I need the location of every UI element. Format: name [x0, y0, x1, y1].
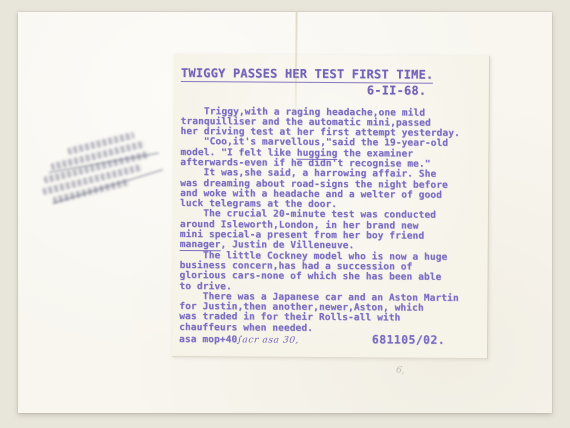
- pencil-mark: 6,: [395, 365, 405, 376]
- caption-credit-line: asa mop+40 ∫acr asa 30, 681105/02.: [179, 333, 487, 348]
- photo-back-card: TWIGGY PASSES HER TEST FIRST TIME. 6-II-…: [18, 12, 552, 413]
- caption-title: TWIGGY PASSES HER TEST FIRST TIME.: [181, 66, 434, 83]
- caption-body: Triggy,with a raging headache,one mildtr…: [179, 106, 489, 335]
- negative-number: 681105/02.: [372, 334, 445, 345]
- scanned-photo-back: TWIGGY PASSES HER TEST FIRST TIME. 6-II-…: [0, 0, 570, 428]
- smudged-stamp: [34, 126, 176, 234]
- caption-date: 6-II-68.: [181, 81, 489, 97]
- caption-slip: TWIGGY PASSES HER TEST FIRST TIME. 6-II-…: [172, 54, 490, 359]
- credit-typed: asa mop+40: [179, 335, 237, 346]
- handwritten-annotation: ∫acr asa 30,: [237, 335, 300, 346]
